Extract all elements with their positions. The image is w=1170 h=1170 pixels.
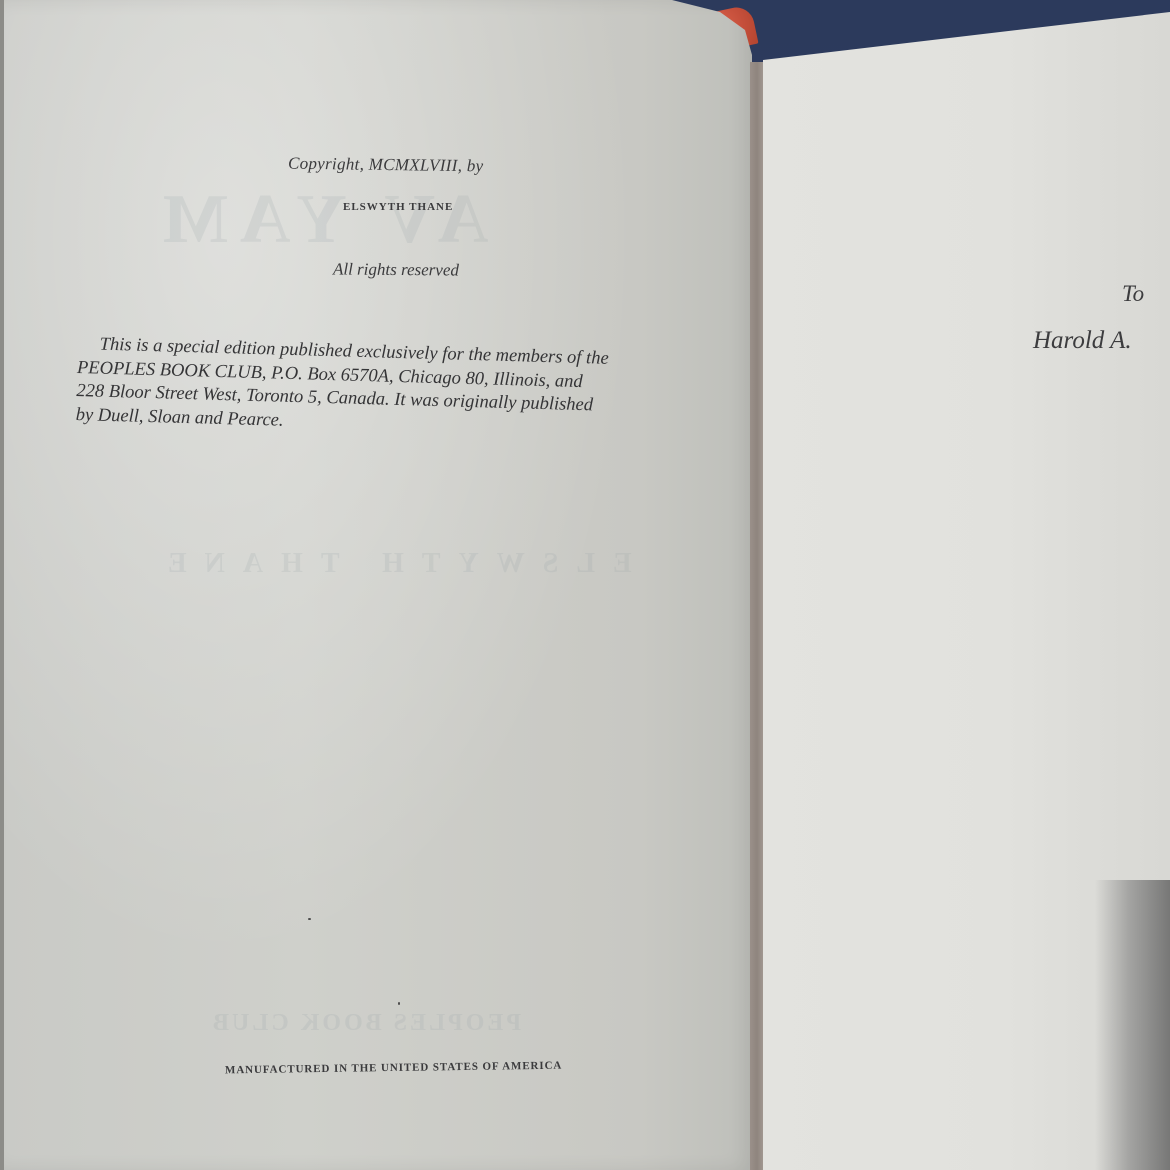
paper-speck — [398, 1002, 400, 1005]
paper-speck — [308, 918, 311, 920]
copyright-line: Copyright, MCMXLVIII, by — [288, 154, 484, 177]
show-through-title: AV YAM — [150, 180, 488, 260]
left-page: AV YAM ELSWYTH THANE PEOPLES BOOK CLUB C… — [0, 0, 752, 1170]
edition-notice: This is a special edition published excl… — [75, 333, 727, 445]
show-through-publisher: PEOPLES BOOK CLUB — [210, 1010, 521, 1037]
dedication-name: Harold A. — [1033, 327, 1132, 355]
author-name: ELSWYTH THANE — [343, 201, 453, 213]
manufactured-notice: MANUFACTURED IN THE UNITED STATES OF AME… — [225, 1060, 562, 1077]
page-edge — [0, 0, 4, 1170]
rights-reserved: All rights reserved — [333, 259, 459, 280]
page-shadow — [1095, 880, 1170, 1170]
book-gutter — [750, 62, 764, 1170]
dedication-to: To — [1122, 281, 1144, 307]
show-through-author: ELSWYTH THANE — [150, 548, 632, 580]
